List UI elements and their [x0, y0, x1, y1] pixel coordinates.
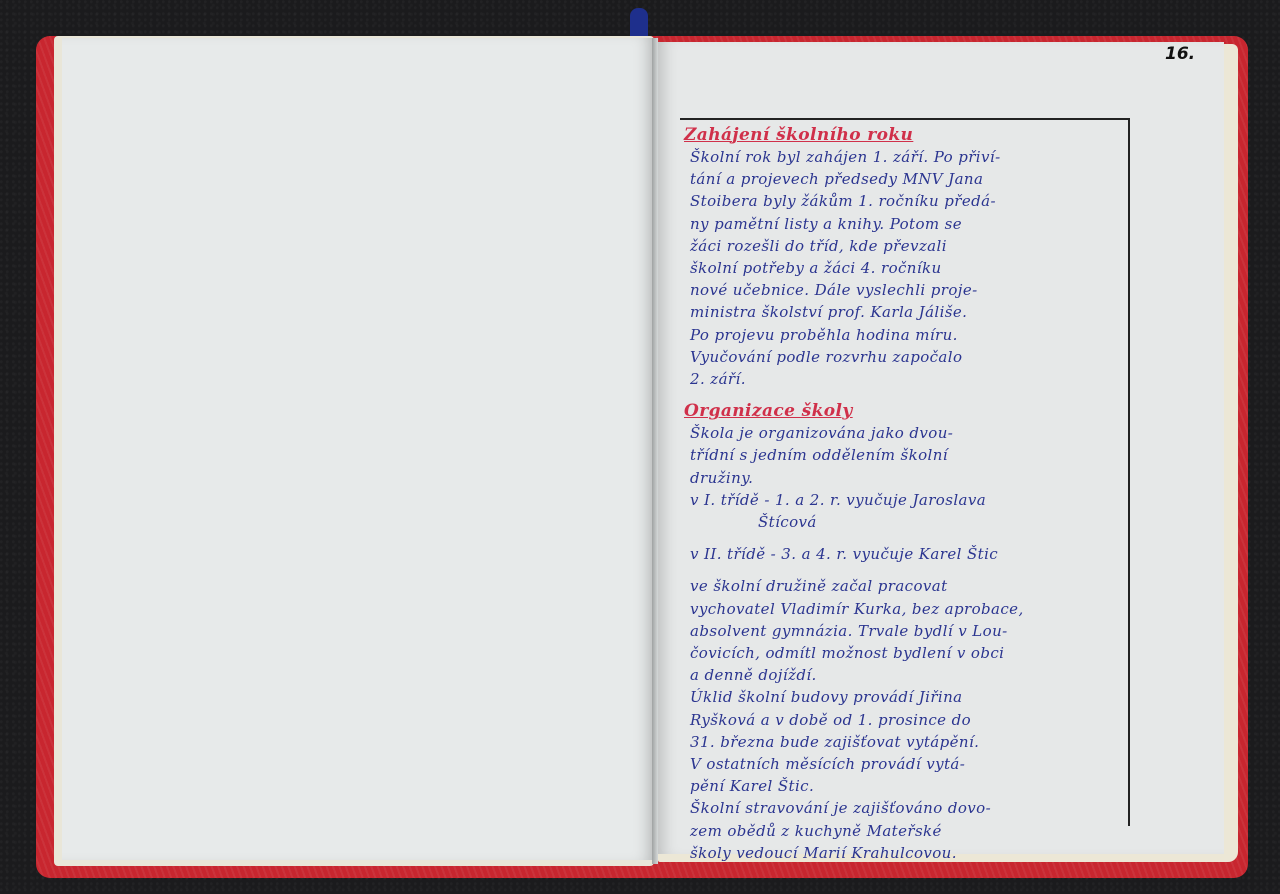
text-line: v I. třídě - 1. a 2. r. vyučuje Jaroslav… — [684, 489, 1124, 511]
text-line: Vyučování podle rozvrhu započalo — [684, 346, 1124, 368]
text-line: ve školní družině začal pracovat — [684, 575, 1124, 597]
text-line: Štícová — [684, 511, 1124, 533]
text-line: vychovatel Vladimír Kurka, bez aprobace, — [684, 598, 1124, 620]
text-line: a denně dojíždí. — [684, 664, 1124, 686]
text-line: tání a projevech předsedy MNV Jana — [684, 168, 1124, 190]
text-line: Škola je organizována jako dvou- — [684, 422, 1124, 444]
text-line: Úklid školní budovy provádí Jiřina — [684, 686, 1124, 708]
text-line: 2. září. — [684, 368, 1124, 390]
text-line: čovicích, odmítl možnost bydlení v obci — [684, 642, 1124, 664]
text-line: Stoibera byly žákům 1. ročníku předá- — [684, 190, 1124, 212]
text-line: ny pamětní listy a knihy. Potom se — [684, 213, 1124, 235]
book-gutter — [652, 38, 658, 864]
text-line: družiny. — [684, 467, 1124, 489]
text-line: Školní stravování je zajišťováno dovo- — [684, 797, 1124, 819]
text-line: žáci rozešli do tříd, kde převzali — [684, 235, 1124, 257]
text-line: Po projevu proběhla hodina míru. — [684, 324, 1124, 346]
text-line: třídní s jedním oddělením školní — [684, 444, 1124, 466]
page-number: 16. — [1165, 44, 1195, 64]
section-heading-school-year-opening: Zahájení školního roku — [684, 124, 1124, 146]
text-line: 31. března bude zajišťovat vytápění. — [684, 731, 1124, 753]
handwritten-text: Zahájení školního roku Školní rok byl za… — [684, 124, 1124, 864]
text-line: školy vedoucí Marií Krahulcovou. — [684, 842, 1124, 864]
text-line: Ryšková a v době od 1. prosince do — [684, 709, 1124, 731]
text-line: zem obědů z kuchyně Mateřské — [684, 820, 1124, 842]
left-page-blank — [62, 38, 654, 860]
section-heading-school-organization: Organizace školy — [684, 400, 1124, 422]
text-line: nové učebnice. Dále vyslechli proje- — [684, 279, 1124, 301]
text-line: Školní rok byl zahájen 1. září. Po přiví… — [684, 146, 1124, 168]
text-line: V ostatních měsících provádí vytá- — [684, 753, 1124, 775]
text-line: pění Karel Štic. — [684, 775, 1124, 797]
text-line: absolvent gymnázia. Trvale bydlí v Lou- — [684, 620, 1124, 642]
text-line: v II. třídě - 3. a 4. r. vyučuje Karel Š… — [684, 543, 1124, 565]
text-line: ministra školství prof. Karla Jáliše. — [684, 301, 1124, 323]
text-line: školní potřeby a žáci 4. ročníku — [684, 257, 1124, 279]
